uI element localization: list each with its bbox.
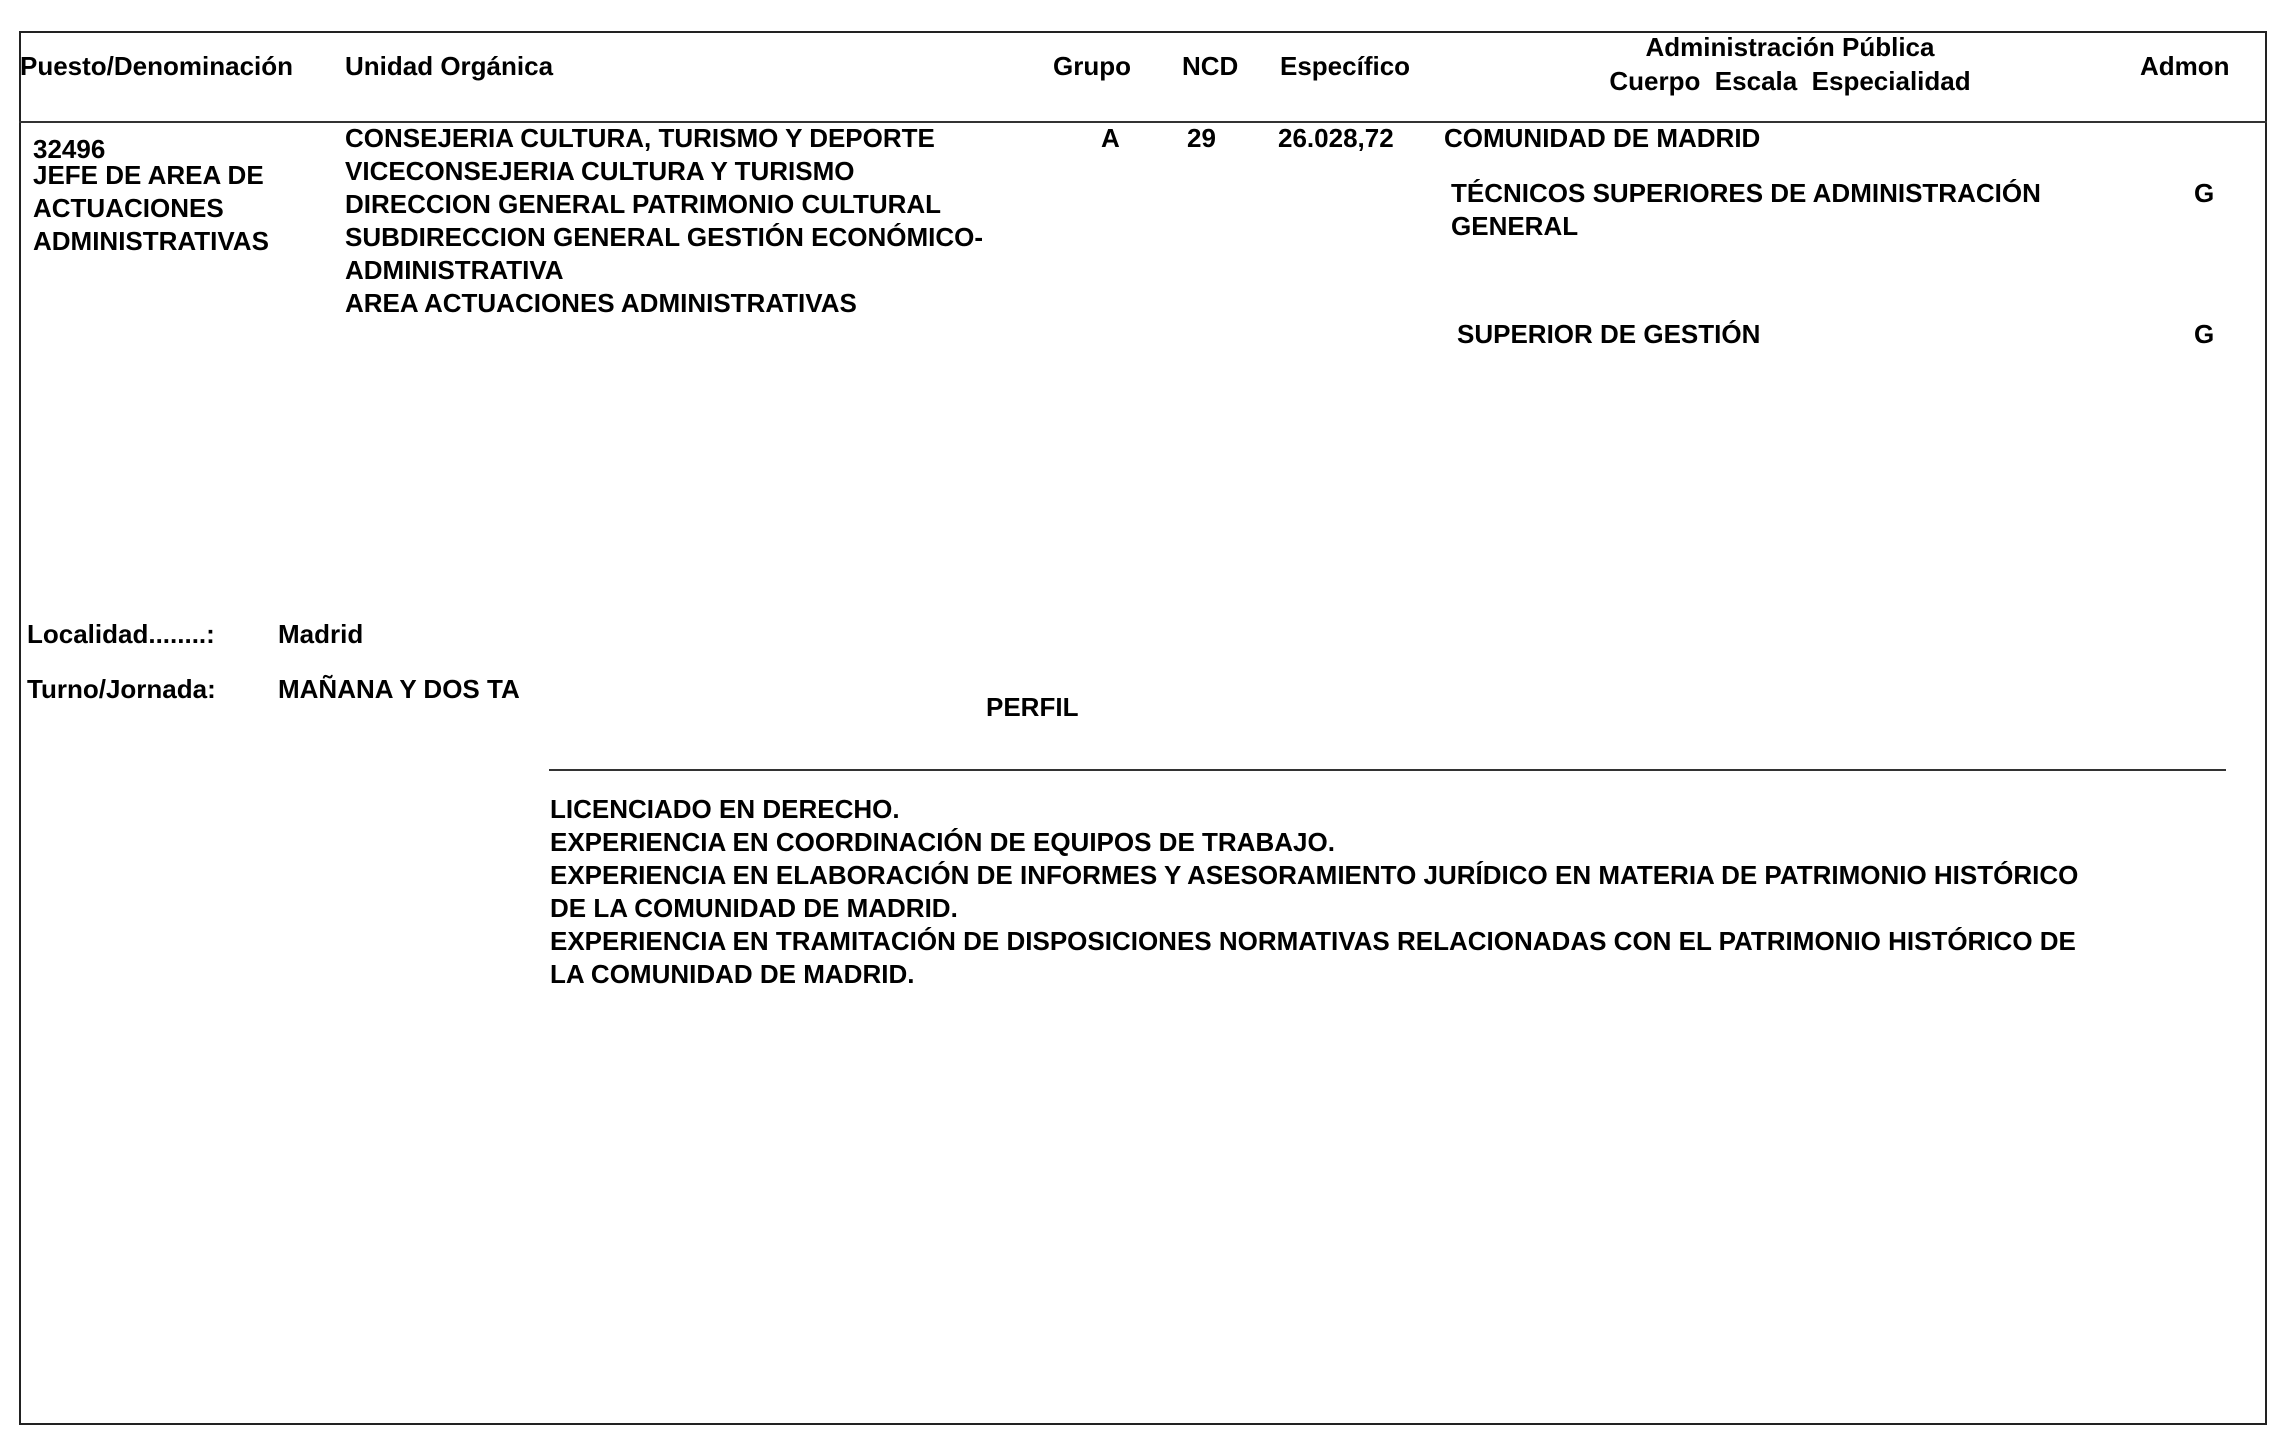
- header-unidad: Unidad Orgánica: [345, 50, 553, 83]
- localidad-value: Madrid: [278, 618, 363, 651]
- unidad-line: SUBDIRECCION GENERAL GESTIÓN ECONÓMICO-: [345, 221, 983, 254]
- perfil-line: EXPERIENCIA EN TRAMITACIÓN DE DISPOSICIO…: [550, 925, 2078, 958]
- header-grupo: Grupo: [1053, 50, 1131, 83]
- puesto-name-line: ACTUACIONES: [33, 192, 269, 225]
- ncd-value: 29: [1187, 122, 1216, 155]
- cuerpo-1-line-2: GENERAL: [1451, 210, 2041, 243]
- perfil-line: LICENCIADO EN DERECHO.: [550, 793, 2078, 826]
- perfil-title: PERFIL: [986, 691, 1078, 724]
- cuerpo-1-admon: G: [2194, 177, 2214, 210]
- header-puesto: Puesto/Denominación: [20, 50, 293, 83]
- puesto-name-line: JEFE DE AREA DE: [33, 159, 269, 192]
- perfil-line: DE LA COMUNIDAD DE MADRID.: [550, 892, 2078, 925]
- header-admon: Admon: [2140, 50, 2230, 83]
- cuerpo-2: SUPERIOR DE GESTIÓN: [1457, 318, 1760, 351]
- especifico-value: 26.028,72: [1278, 122, 1394, 155]
- puesto-name: JEFE DE AREA DEACTUACIONESADMINISTRATIVA…: [33, 159, 269, 258]
- cuerpo-1-line-1: TÉCNICOS SUPERIORES DE ADMINISTRACIÓN: [1451, 177, 2041, 210]
- grupo-value: A: [1101, 122, 1120, 155]
- localidad-label: Localidad........:: [27, 618, 215, 651]
- turno-label: Turno/Jornada:: [27, 673, 216, 706]
- unidad-organica: CONSEJERIA CULTURA, TURISMO Y DEPORTEVIC…: [345, 122, 983, 320]
- header-ncd: NCD: [1182, 50, 1238, 83]
- header-admin-publica: Administración Pública: [1590, 31, 1990, 64]
- turno-value: MAÑANA Y DOS TA: [278, 673, 520, 706]
- cuerpo-1: TÉCNICOS SUPERIORES DE ADMINISTRACIÓN GE…: [1451, 177, 2041, 243]
- unidad-line: AREA ACTUACIONES ADMINISTRATIVAS: [345, 287, 983, 320]
- puesto-name-line: ADMINISTRATIVAS: [33, 225, 269, 258]
- administracion-value: COMUNIDAD DE MADRID: [1444, 122, 1760, 155]
- unidad-line: DIRECCION GENERAL PATRIMONIO CULTURAL: [345, 188, 983, 221]
- cuerpo-2-admon: G: [2194, 318, 2214, 351]
- unidad-line: CONSEJERIA CULTURA, TURISMO Y DEPORTE: [345, 122, 983, 155]
- perfil-text: LICENCIADO EN DERECHO.EXPERIENCIA EN COO…: [550, 793, 2078, 991]
- header-cuerpo-escala: Cuerpo Escala Especialidad: [1550, 65, 2030, 98]
- unidad-line: VICECONSEJERIA CULTURA Y TURISMO: [345, 155, 983, 188]
- perfil-divider: [549, 769, 2226, 771]
- perfil-line: LA COMUNIDAD DE MADRID.: [550, 958, 2078, 991]
- perfil-line: EXPERIENCIA EN COORDINACIÓN DE EQUIPOS D…: [550, 826, 2078, 859]
- unidad-line: ADMINISTRATIVA: [345, 254, 983, 287]
- header-especifico: Específico: [1280, 50, 1410, 83]
- perfil-line: EXPERIENCIA EN ELABORACIÓN DE INFORMES Y…: [550, 859, 2078, 892]
